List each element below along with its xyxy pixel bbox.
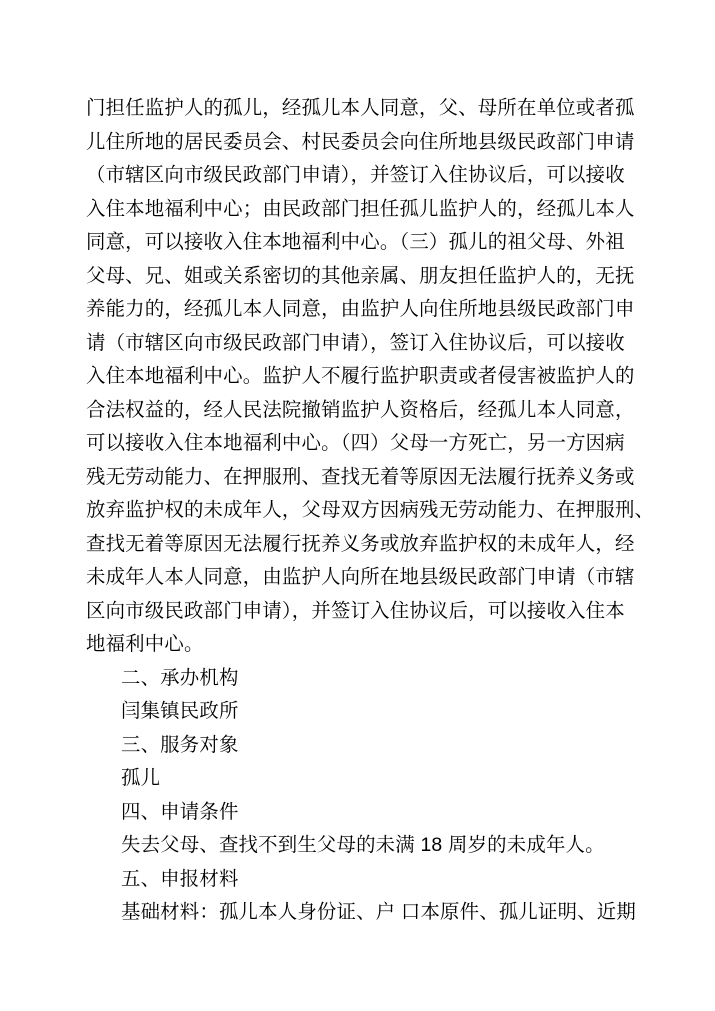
page: 门担任监护人的孤儿，经孤儿本人同意，父、母所在单位或者孤儿住所地的居民委员会、村… [0, 0, 715, 1011]
text-line: 父母、兄、姐或关系密切的其他亲属、朋友担任监护人的，无抚 [86, 260, 631, 294]
document-page: { "page": { "background_color": "#ffffff… [0, 0, 715, 1011]
text-line: 未成年人本人同意，由监护人向所在地县级民政部门申请（市辖 [86, 561, 631, 595]
text-line: 孤儿 [86, 762, 631, 796]
text-line: 放弃监护权的未成年人，父母双方因病残无劳动能力、在押服刑、 [86, 494, 631, 528]
text-line: 可以接收入住本地福利中心。（四）父母一方死亡，另一方因病 [86, 427, 631, 461]
text-line: 闫集镇民政所 [86, 695, 631, 729]
text-line: 同意，可以接收入住本地福利中心。（三）孤儿的祖父母、外祖 [86, 226, 631, 260]
text-line: 地福利中心。 [86, 628, 631, 662]
text-line: 查找无着等原因无法履行抚养义务或放弃监护权的未成年人，经 [86, 528, 631, 562]
text-line: 入住本地福利中心。监护人不履行监护职责或者侵害被监护人的 [86, 360, 631, 394]
text-line: 合法权益的，经人民法院撤销监护人资格后，经孤儿本人同意， [86, 394, 631, 428]
text-line: 失去父母、查找不到生父母的未满 18 周岁的未成年人。 [86, 829, 631, 863]
text-line: 儿住所地的居民委员会、村民委员会向住所地县级民政部门申请 [86, 126, 631, 160]
text-line: 残无劳动能力、在押服刑、查找无着等原因无法履行抚养义务或 [86, 461, 631, 495]
text-line: 三、服务对象 [86, 729, 631, 763]
text-line: 请（市辖区向市级民政部门申请），签订入住协议后，可以接收 [86, 327, 631, 361]
text-line: 基础材料：孤儿本人身份证、户 口本原件、孤儿证明、近期 [86, 896, 631, 930]
text-line: （市辖区向市级民政部门申请），并签订入住协议后，可以接收 [86, 159, 631, 193]
text-block: 门担任监护人的孤儿，经孤儿本人同意，父、母所在单位或者孤儿住所地的居民委员会、村… [86, 92, 631, 930]
text-line: 入住本地福利中心；由民政部门担任孤儿监护人的，经孤儿本人 [86, 193, 631, 227]
text-line: 区向市级民政部门申请），并签订入住协议后，可以接收入住本 [86, 595, 631, 629]
text-line: 四、申请条件 [86, 796, 631, 830]
text-line: 门担任监护人的孤儿，经孤儿本人同意，父、母所在单位或者孤 [86, 92, 631, 126]
text-line: 二、承办机构 [86, 662, 631, 696]
text-line: 养能力的，经孤儿本人同意，由监护人向住所地县级民政部门申 [86, 293, 631, 327]
text-line: 五、申报材料 [86, 863, 631, 897]
